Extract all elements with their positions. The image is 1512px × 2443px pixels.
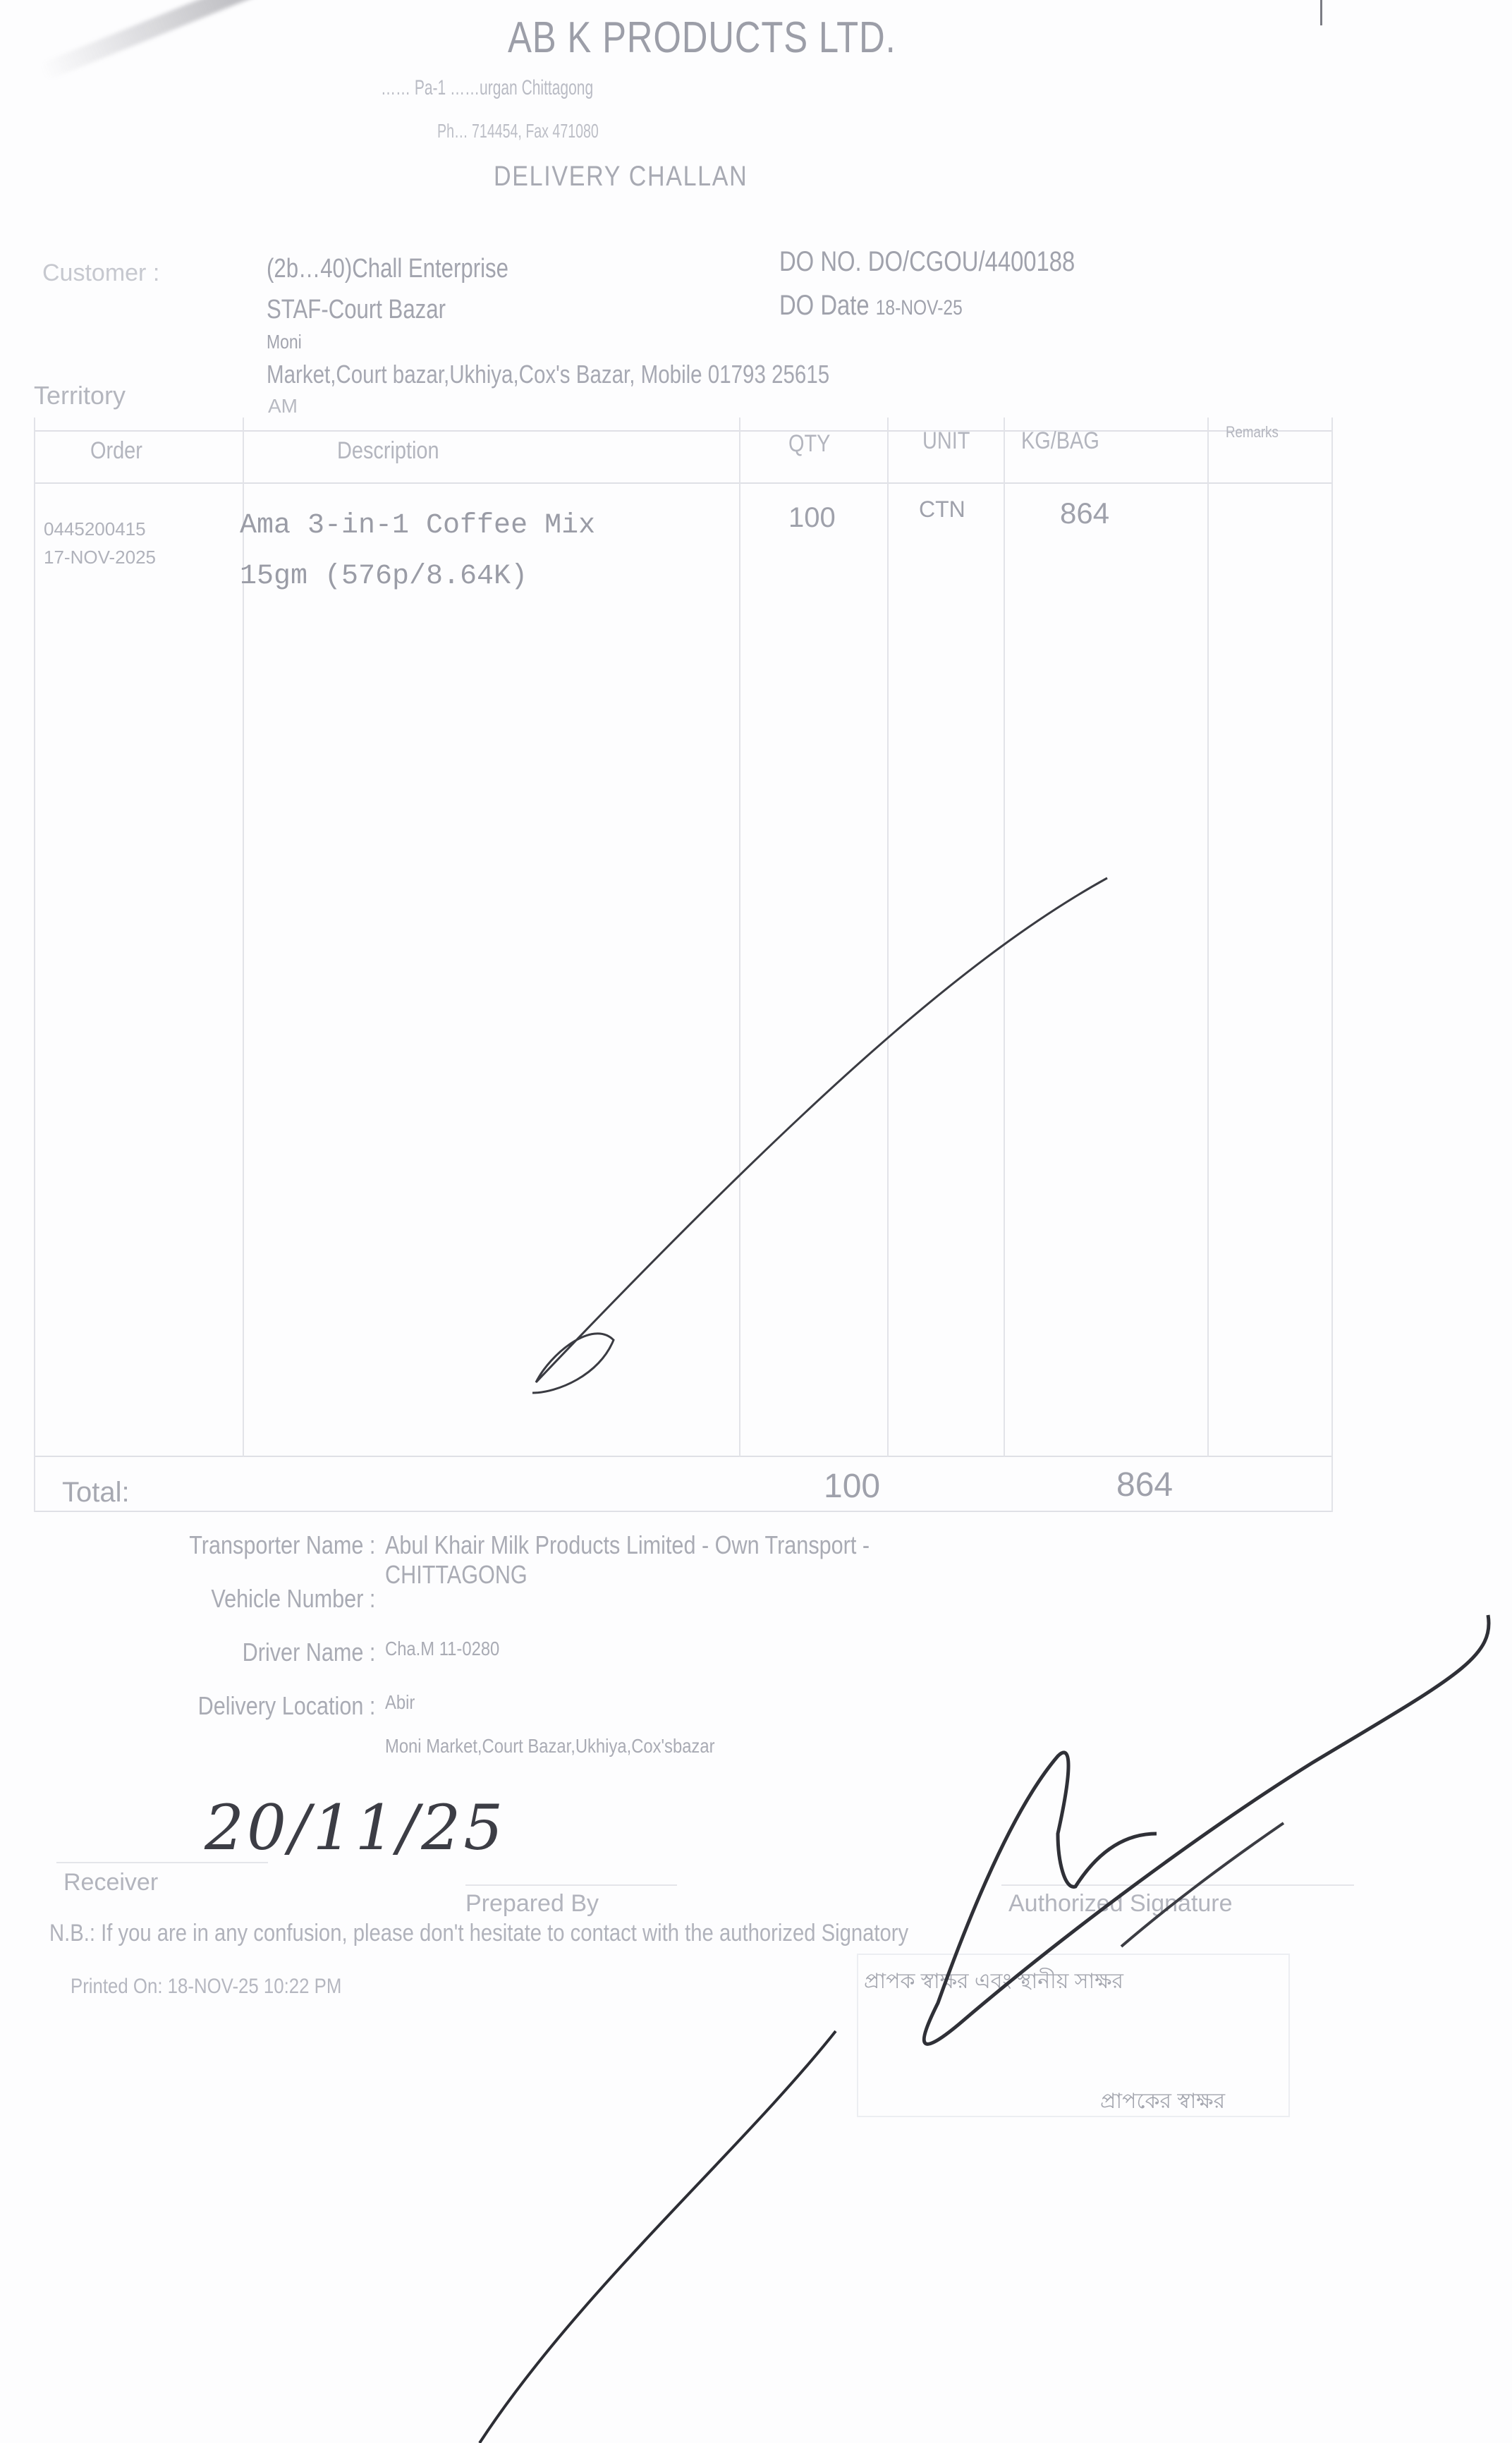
handwritten-received-date: 20/11/25 [205, 1791, 506, 1864]
stamp-box-caption: প্রাপক স্বাক্ষর এবং স্থানীয় সাক্ষর [864, 1964, 1123, 2000]
column-divider [1004, 418, 1005, 1457]
table-border [1331, 418, 1333, 1512]
column-divider [739, 418, 740, 1457]
kg-cell: 864 [1060, 496, 1109, 530]
table-border [34, 418, 35, 1512]
printed-on: Printed On: 18-NOV-25 10:22 PM [71, 1975, 341, 1999]
authorized-signature-line [1001, 1884, 1354, 1886]
transport-details: Transporter Name : Abul Khair Milk Produ… [42, 1530, 955, 1745]
column-header-qty: QTY [788, 430, 830, 458]
delivery-location-address: Moni Market,Court Bazar,Ukhiya,Cox'sbaza… [385, 1735, 715, 1757]
unit-cell: CTN [919, 496, 965, 523]
prepared-by-label: Prepared By [465, 1890, 599, 1918]
order-number: 0445200415 [44, 515, 156, 543]
stamp-box-signature-caption: প্রাপকের স্বাক্ষর [1100, 2084, 1225, 2120]
transport-row-transporter: Transporter Name : Abul Khair Milk Produ… [42, 1530, 955, 1584]
column-divider [887, 418, 889, 1457]
customer-contact-line: Market,Court bazar,Ukhiya,Cox's Bazar, M… [267, 360, 829, 389]
company-name: AB K PRODUCTS LTD. [508, 13, 896, 63]
long-signature-tail-stroke [480, 2031, 836, 2443]
do-number-value: DO/CGOU/4400188 [868, 246, 1075, 277]
transporter-city: CHITTAGONG [385, 1560, 870, 1590]
column-header-order: Order [90, 437, 142, 465]
paper-edge-mark [1320, 0, 1322, 25]
document-title: DELIVERY CHALLAN [494, 161, 748, 193]
do-date: DO Date 18-NOV-25 [779, 284, 1075, 330]
qty-cell: 100 [788, 502, 836, 534]
column-header-description: Description [337, 437, 439, 465]
order-cell: 0445200415 17-NOV-2025 [44, 515, 156, 571]
do-date-label: DO Date [779, 290, 870, 321]
total-label: Total: [62, 1477, 130, 1509]
delivery-order-info: DO NO. DO/CGOU/4400188 DO Date 18-NOV-25 [779, 240, 1075, 330]
table-border [34, 1511, 1333, 1512]
customer-address-line: STAF-Court Bazar [267, 289, 508, 330]
company-address: …… Pa-1 ……urgan Chittagong [381, 76, 593, 100]
authorized-signature-label: Authorized Signature [1008, 1890, 1233, 1918]
column-header-kg-bag: KG/BAG [1021, 427, 1099, 455]
delivery-location-value: Abir [385, 1691, 715, 1714]
column-header-remarks: Remarks [1226, 423, 1279, 441]
transport-row-vehicle: Vehicle Number : [42, 1584, 955, 1638]
scan-smear [39, 0, 504, 81]
table-border [34, 430, 1333, 432]
company-phone-fax: Ph… 714454, Fax 471080 [437, 120, 599, 142]
order-date: 17-NOV-2025 [44, 543, 156, 571]
description-line: Ama 3-in-1 Coffee Mix [240, 501, 595, 552]
transport-row-driver: Driver Name : Cha.M 11-0280 [42, 1638, 955, 1691]
transporter-value: Abul Khair Milk Products Limited - Own T… [385, 1530, 870, 1560]
prepared-signature-line [465, 1884, 677, 1886]
driver-name-value: Cha.M 11-0280 [385, 1638, 499, 1691]
table-header-divider [34, 482, 1333, 484]
delivery-location-label: Delivery Location : [94, 1691, 385, 1745]
territory-label: Territory [34, 381, 126, 410]
footer-note: N.B.: If you are in any confusion, pleas… [49, 1920, 908, 1947]
customer-name: (2b…40)Chall Enterprise [267, 248, 508, 289]
table-total-divider [34, 1456, 1333, 1457]
do-date-value: 18-NOV-25 [876, 296, 963, 319]
total-kg: 864 [1116, 1466, 1173, 1504]
column-header-unit: UNIT [922, 427, 970, 455]
total-qty: 100 [824, 1467, 880, 1506]
transporter-label: Transporter Name : [94, 1530, 385, 1584]
customer-label: Customer : [42, 260, 159, 287]
customer-area: AM [268, 395, 298, 418]
do-number: DO NO. DO/CGOU/4400188 [779, 240, 1075, 284]
receiver-label: Receiver [63, 1869, 158, 1896]
vehicle-number-label: Vehicle Number : [94, 1584, 385, 1638]
customer-address-line: Moni [267, 330, 508, 354]
driver-name-label: Driver Name : [94, 1638, 385, 1691]
transport-row-location: Delivery Location : Abir Moni Market,Cou… [42, 1691, 955, 1745]
do-number-label: DO NO. [779, 246, 862, 277]
description-cell: Ama 3-in-1 Coffee Mix 15gm (576p/8.64K) [240, 501, 595, 602]
items-table: Order Description QTY UNIT KG/BAG Remark… [34, 418, 1333, 1518]
column-divider [1207, 418, 1209, 1457]
receiver-signature-line [56, 1862, 268, 1863]
customer-block: (2b…40)Chall Enterprise STAF-Court Bazar… [267, 248, 508, 354]
description-line: 15gm (576p/8.64K) [240, 552, 595, 602]
